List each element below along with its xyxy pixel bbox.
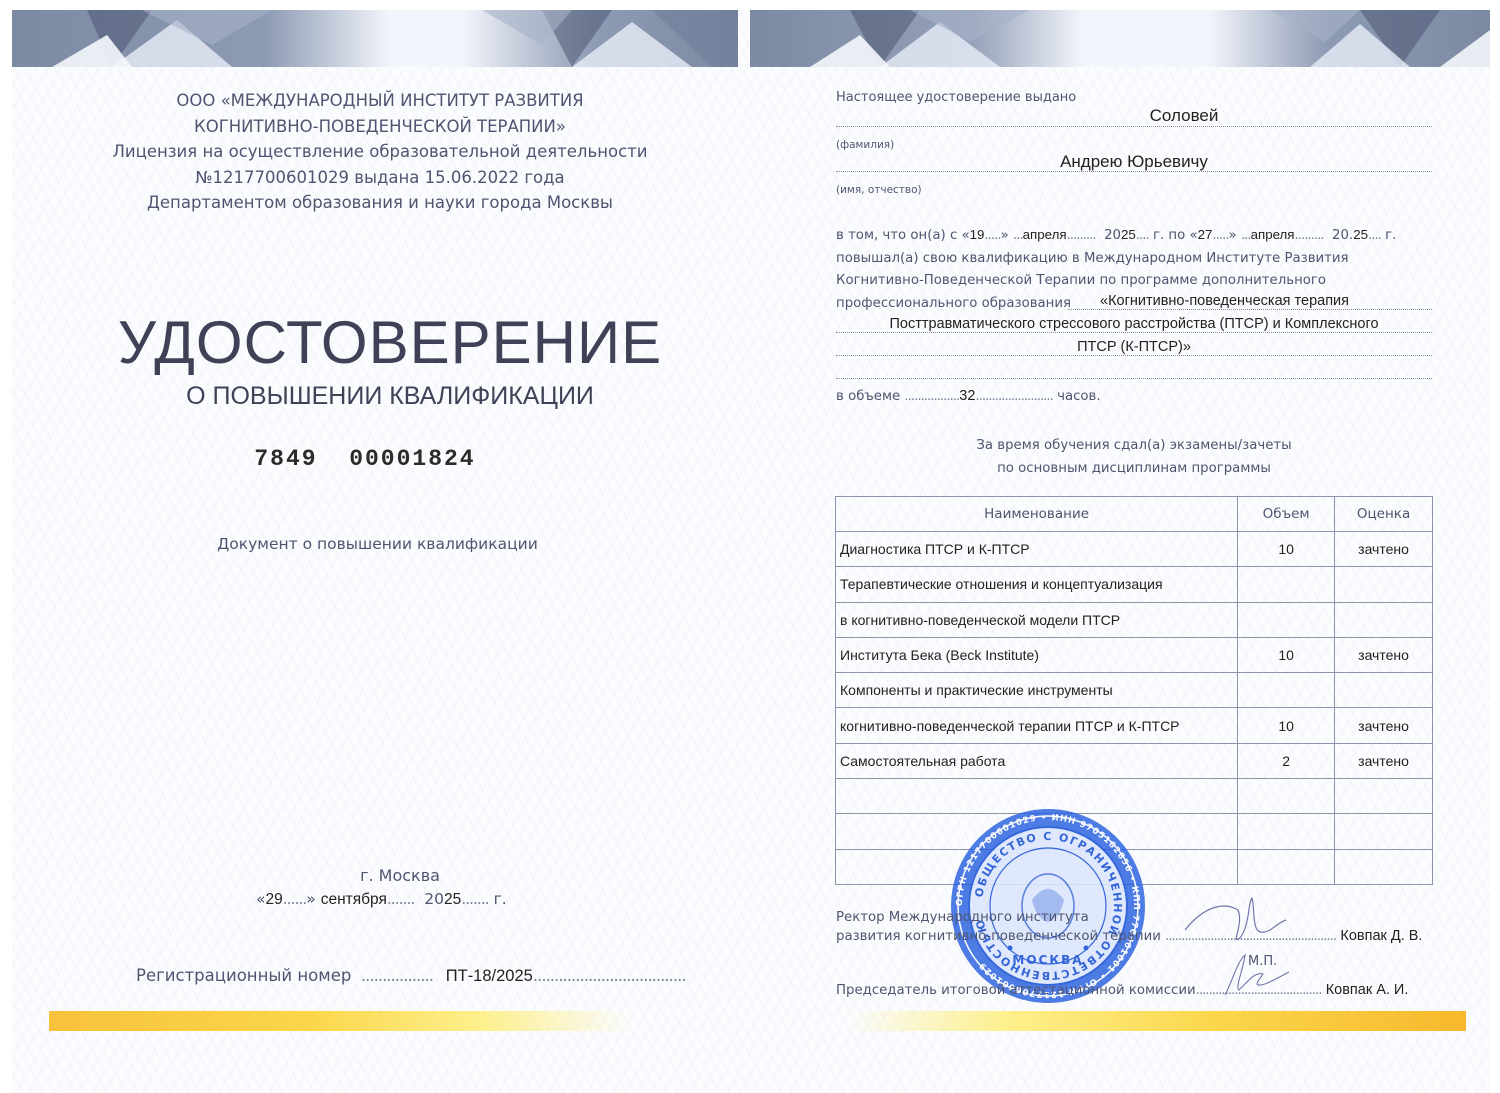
table-row: Компоненты и практические инструменты xyxy=(836,673,1433,708)
table-row: в когнитивно-поведенческой модели ПТСР xyxy=(836,602,1433,637)
discipline-grade xyxy=(1335,849,1433,884)
table-row: когнитивно-поведенческой терапии ПТСР и … xyxy=(836,708,1433,743)
given-names-caption: (имя, отчество) xyxy=(836,184,922,196)
to-month: апреля xyxy=(1251,227,1295,242)
program-name-line-2: Посттравматического стрессового расстрой… xyxy=(836,316,1432,332)
discipline-name: Терапевтические отношения и концептуализ… xyxy=(836,567,1238,602)
close-quote: » xyxy=(1001,228,1009,243)
period-prefix: в том, что он(а) с « xyxy=(836,228,970,243)
discipline-grade xyxy=(1335,779,1433,814)
period-line: в том, что он(а) с «19.....» ...апреля..… xyxy=(836,224,1436,248)
volume-value: 32 xyxy=(959,388,975,404)
chairman-title: Председатель итоговой аттестационной ком… xyxy=(836,983,1196,998)
license-authority-line: Департаментом образования и науки города… xyxy=(100,190,660,216)
year-label: г. xyxy=(494,890,507,908)
rector-signature-block: Ректор Международного института развития… xyxy=(836,908,1422,946)
issued-to-label: Настоящее удостоверение выдано xyxy=(836,90,1076,105)
exams-heading-line: по основным дисциплинам программы xyxy=(836,457,1432,480)
table-row: Самостоятельная работа2зачтено xyxy=(836,743,1433,778)
program-line-4 xyxy=(836,378,1432,379)
chairman-signature-block: Председатель итоговой аттестационной ком… xyxy=(836,982,1408,998)
rector-signature xyxy=(1180,890,1290,950)
close-quote: » xyxy=(1229,228,1237,243)
program-line-2 xyxy=(836,332,1432,333)
registration-value: ПТ-18/2025 xyxy=(446,967,533,985)
rector-name: Ковпак Д. В. xyxy=(1340,928,1422,944)
discipline-grade xyxy=(1335,673,1433,708)
table-row: Терапевтические отношения и концептуализ… xyxy=(836,567,1433,602)
discipline-name: в когнитивно-поведенческой модели ПТСР xyxy=(836,602,1238,637)
to-day: 27 xyxy=(1198,227,1213,242)
close-quote: » xyxy=(306,890,315,908)
year-label: г. xyxy=(1153,228,1164,243)
official-seal-stamp: ОГРН 1217700601029 • ИНН 9705162856 • КП… xyxy=(948,808,1148,1004)
discipline-volume xyxy=(1238,779,1335,814)
discipline-grade: зачтено xyxy=(1335,637,1433,672)
issuer-organization: ООО «МЕЖДУНАРОДНЫЙ ИНСТИТУТ РАЗВИТИЯ КОГ… xyxy=(100,88,660,216)
discipline-name: Института Бека (Beck Institute) xyxy=(836,637,1238,672)
rector-title-text: развития когнитивно-поведенческой терапи… xyxy=(836,929,1161,944)
discipline-volume: 10 xyxy=(1238,708,1335,743)
volume-label: в объеме xyxy=(836,389,900,404)
chairman-signature xyxy=(1215,950,1295,1000)
stamp-city: МОСКВА xyxy=(1012,953,1083,967)
surname-line xyxy=(836,126,1432,127)
header-name: Наименование xyxy=(836,497,1238,532)
table-header-row: Наименование Объем Оценка xyxy=(836,497,1433,532)
certificate-subtitle: О ПОВЫШЕНИИ КВАЛИФИКАЦИИ xyxy=(100,382,680,411)
from-month: апреля xyxy=(1023,227,1067,242)
table-row: Института Бека (Beck Institute)10зачтено xyxy=(836,637,1433,672)
registration-number-line: Регистрационный номер ................. … xyxy=(136,966,686,986)
discipline-volume: 10 xyxy=(1238,532,1335,567)
year-label: г. xyxy=(1385,228,1396,243)
discipline-name: Самостоятельная работа xyxy=(836,743,1238,778)
volume-unit: часов. xyxy=(1057,389,1101,404)
issue-year-prefix: 20 xyxy=(424,890,444,908)
issue-date: «29......» сентября....... 2025....... г… xyxy=(256,890,507,909)
rector-title-line: Ректор Международного института xyxy=(836,908,1422,927)
registration-label: Регистрационный номер xyxy=(136,966,351,985)
license-number-line: №1217700601029 выдана 15.06.2022 года xyxy=(100,165,660,191)
body-line: повышал(а) свою квалификацию в Междунаро… xyxy=(836,248,1436,271)
from-day: 19 xyxy=(970,227,985,242)
to-year-prefix: 20. xyxy=(1332,228,1353,243)
from-year-prefix: 20 xyxy=(1104,228,1121,243)
given-names-value: Андрею Юрьевичу xyxy=(836,152,1432,172)
document-type: Документ о повышении квалификации xyxy=(100,535,655,553)
exams-heading-line: За время обучения сдал(а) экзамены/зачет… xyxy=(836,434,1432,457)
program-line-3 xyxy=(836,355,1432,356)
program-name-line-1: «Когнитивно-поведенческая терапия xyxy=(1100,293,1349,309)
certificate-title: УДОСТОВЕРЕНИЕ xyxy=(100,308,680,377)
bottom-stripe-right xyxy=(850,1011,1466,1031)
issue-city: г. Москва xyxy=(100,866,700,885)
exams-heading: За время обучения сдал(а) экзамены/зачет… xyxy=(836,434,1432,480)
issue-month: сентября xyxy=(321,891,387,908)
to-word: по « xyxy=(1168,228,1197,243)
org-line: ООО «МЕЖДУНАРОДНЫЙ ИНСТИТУТ РАЗВИТИЯ xyxy=(100,88,660,114)
header-grade: Оценка xyxy=(1335,497,1433,532)
discipline-grade xyxy=(1335,567,1433,602)
table-row: Диагностика ПТСР и К-ПТСР10зачтено xyxy=(836,532,1433,567)
serial-number: 7849 00001824 xyxy=(100,446,630,472)
discipline-grade xyxy=(1335,602,1433,637)
discipline-grade: зачтено xyxy=(1335,532,1433,567)
from-year-suffix: 25 xyxy=(1121,227,1136,242)
volume-line: в объеме .................32............… xyxy=(836,388,1101,404)
discipline-volume: 10 xyxy=(1238,637,1335,672)
issue-day: 29 xyxy=(265,891,282,908)
program-line-1 xyxy=(1068,309,1432,310)
discipline-name: когнитивно-поведенческой терапии ПТСР и … xyxy=(836,708,1238,743)
discipline-volume xyxy=(1238,849,1335,884)
top-banner-right xyxy=(750,10,1490,67)
discipline-name: Компоненты и практические инструменты xyxy=(836,673,1238,708)
discipline-name: Диагностика ПТСР и К-ПТСР xyxy=(836,532,1238,567)
issue-year-suffix: 25 xyxy=(444,891,461,908)
discipline-volume: 2 xyxy=(1238,743,1335,778)
discipline-grade: зачтено xyxy=(1335,708,1433,743)
surname-caption: (фамилия) xyxy=(836,139,894,151)
discipline-volume xyxy=(1238,673,1335,708)
discipline-volume xyxy=(1238,602,1335,637)
org-line: КОГНИТИВНО-ПОВЕДЕНЧЕСКОЙ ТЕРАПИИ» xyxy=(100,114,660,140)
discipline-volume xyxy=(1238,814,1335,849)
discipline-grade xyxy=(1335,814,1433,849)
to-year-suffix: 25 xyxy=(1353,227,1368,242)
header-volume: Объем xyxy=(1238,497,1335,532)
rector-title-line-2: развития когнитивно-поведенческой терапи… xyxy=(836,927,1422,946)
program-name-line-3: ПТСР (К-ПТСР)» xyxy=(836,339,1432,355)
top-banner-left xyxy=(12,10,738,67)
bottom-stripe-left xyxy=(49,1011,629,1031)
chairman-name: Ковпак А. И. xyxy=(1326,982,1409,998)
body-line: Когнитивно-Поведенческой Терапии по прог… xyxy=(836,270,1436,293)
discipline-grade: зачтено xyxy=(1335,743,1433,778)
surname-value: Соловей xyxy=(836,106,1432,126)
license-line: Лицензия на осуществление образовательно… xyxy=(100,139,660,165)
discipline-volume xyxy=(1238,567,1335,602)
